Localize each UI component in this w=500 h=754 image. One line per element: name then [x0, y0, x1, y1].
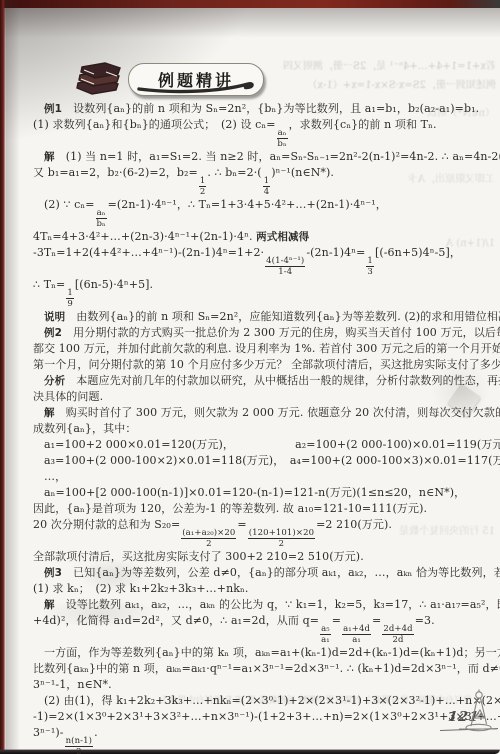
text-run: 购买时首付了 300 万元，则欠款为 2 000 万元. 依题意分 20 次付清…: [55, 406, 500, 419]
text-run: =: [237, 518, 246, 531]
bleedthrough-text: 例述知到一册，2S=x·S×x-1=x+（1-x）: [228, 76, 496, 91]
text-line: 解 (1) 当 n=1 时，a₁=S₁=2. 当 n≥2 时，aₙ=Sₙ-Sₙ₋…: [33, 149, 495, 165]
text-run: 比数列{aₖₙ}中的第 n 项，aₖₙ=aₖ₁·qⁿ⁻¹=a₁×3ⁿ⁻¹=2d×…: [33, 662, 500, 675]
text-run: 用分期付款的方式购买一批总价为 2 300 万元的住房，购买当天首付 100 万…: [62, 326, 500, 339]
text-run: 3ⁿ⁻¹-1，n∈N*.: [33, 678, 112, 691]
text-run: 20 次分期付款的总和为 S₂₀=: [33, 518, 180, 531]
fraction: a₁+4da₁: [342, 624, 371, 645]
bold-label: 说明: [44, 311, 65, 323]
text-run: 第一个月，问分期付款的第 10 个月应付多少万元？ 全部款项付清后，买这批房实际…: [33, 358, 500, 371]
text-run: 本题应先对前几年的付款加以研究，从中概括出一般的规律，分析付款数列的性态，再据此…: [65, 374, 500, 387]
text-run: (1) 当 n=1 时，a₁=S₁=2. 当 n≥2 时，aₙ=Sₙ-Sₙ₋₁=…: [55, 150, 500, 163]
text-run: 3ⁿ⁻¹)-: [33, 726, 64, 739]
text-run: a₁=100+2 000×0.01=120(万元)， a₂=100+(2 000…: [44, 438, 500, 451]
text-run: (2) 由(1)，得 k₁+2k₂+3k₃+…+nkₙ=(2×3⁰-1)+2×(…: [44, 694, 500, 707]
fraction: 13: [366, 256, 374, 277]
text-line: (2) 由(1)，得 k₁+2k₂+3k₃+…+nkₙ=(2×3⁰-1)+2×(…: [33, 693, 495, 709]
text-line: a₁=100+2 000×0.01=120(万元)， a₂=100+(2 000…: [33, 437, 495, 453]
text-run: aₙ=100+[2 000-100(n-1)]×0.01=120-(n-1)=1…: [44, 486, 465, 499]
text-line: 分析 本题应先对前几年的付款加以研究，从中概括出一般的规律，分析付款数列的性态，…: [33, 373, 495, 389]
books-icon: [72, 57, 124, 97]
text-line: 都交 100 万元，并加付此前欠款的利息. 设月利率为 1%. 若首付 300 …: [33, 341, 495, 357]
drafting-compass-icon: [458, 688, 498, 736]
text-run: …，: [44, 470, 66, 483]
text-run: (1) 求数列{aₙ}和{bₙ}的通项公式； (2) 设 cₙ=: [33, 118, 276, 131]
fraction: (a₁+a₂₀)×202: [181, 528, 236, 549]
section-title: 例题精讲: [158, 68, 234, 91]
bold-label: 例1: [44, 103, 62, 115]
text-line: 3ⁿ⁻¹)-n(n-1)2.: [33, 725, 495, 754]
text-run: 4Tₙ=4+3·4²+…+(2n-3)·4ⁿ⁻¹+(2n-1)·4ⁿ.: [33, 230, 256, 243]
text-run: 又 b₁=a₁=2，b₂·(6-2)=2，b₂=: [33, 166, 198, 179]
fraction: 14: [263, 176, 271, 197]
text-line: 一方面，作为等差数列{aₙ}中的第 kₙ 项，aₖₙ=a₁+(kₙ-1)d=2d…: [33, 645, 495, 661]
text-run: ，求数列{cₙ}的前 n 项和 Tₙ.: [289, 118, 437, 131]
text-run: .: [94, 726, 98, 739]
text-line: 例3 已知{aₙ}为等差数列，公差 d≠0，{aₙ}的部分项 aₖ₁，aₖ₂，……: [33, 565, 495, 581]
text-line: (1) 求数列{aₙ}和{bₙ}的通项公式； (2) 设 cₙ=aₙbₙ，求数列…: [33, 117, 495, 149]
text-run: (1) 求 kₙ； (2) 求 k₁+2k₂+3k₃+…+nkₙ.: [33, 582, 248, 595]
text-run: [(-6n+5)4ⁿ-5]，: [375, 246, 461, 259]
section-banner: 例题精讲: [128, 63, 264, 96]
text-line: (2) ∵ cₙ=aₙbₙ=(2n-1)·4ⁿ⁻¹，∴ Tₙ=1+3·4+5·4…: [33, 197, 495, 229]
text-line: 4Tₙ=4+3·4²+…+(2n-3)·4ⁿ⁻¹+(2n-1)·4ⁿ. 两式相减…: [33, 229, 495, 245]
text-run: 决具体的问题.: [33, 390, 103, 403]
text-run: =: [332, 614, 341, 627]
text-line: 例2 用分期付款的方式购买一批总价为 2 300 万元的住房，购买当天首付 10…: [33, 325, 495, 341]
text-line: …，: [33, 469, 495, 485]
text-run: -(2n-1)4ⁿ=: [306, 246, 365, 259]
fraction: aₙbₙ: [277, 128, 288, 149]
text-run: 一方面，作为等差数列{aₙ}中的第 kₙ 项，aₖₙ=a₁+(kₙ-1)d=2d…: [44, 646, 500, 659]
text-run: (2) ∵ cₙ=: [44, 198, 95, 211]
bold-label: 分析: [44, 375, 65, 387]
text-run: 由数列{aₙ}的前 n 项和 Sₙ=2n²，应能知道数列{aₙ}为等差数列. (…: [65, 310, 500, 323]
text-line: 决具体的问题.: [33, 389, 495, 405]
bold-label: 例3: [44, 567, 62, 579]
text-run: 设等比数列 aₖ₁，aₖ₂，…，aₖₙ 的公比为 q，∵ k₁=1，k₂=5，k…: [55, 598, 500, 611]
fraction: aₙbₙ: [96, 208, 107, 229]
text-run: 成数列{aₙ}，其中：: [33, 422, 136, 435]
text-run: +4d)²，化简得 a₁d=2d²，又 d≠0，∴ a₁=2d，从而 q=: [33, 614, 319, 627]
text-run: 因此，{aₙ}是首项为 120，公差为-1 的等差数列. 故 a₁₀=121-1…: [33, 502, 427, 515]
bold-label: 例2: [44, 327, 62, 339]
fraction: 4(1-4ⁿ⁻¹)1-4: [265, 256, 305, 277]
text-line: 因此，{aₙ}是首项为 120，公差为-1 的等差数列. 故 a₁₀=121-1…: [33, 501, 495, 517]
text-run: 都交 100 万元，并加付此前欠款的利息. 设月利率为 1%. 若首付 300 …: [33, 342, 500, 355]
fraction: a₅a₁: [320, 624, 331, 645]
text-line: aₙ=100+[2 000-100(n-1)]×0.01=120-(n-1)=1…: [33, 485, 495, 501]
text-run: -3Tₙ=1+2(4+4²+…+4ⁿ⁻¹)-(2n-1)4ⁿ=1+2·: [33, 246, 264, 259]
text-run: )ⁿ⁻¹(n∈N*).: [271, 166, 334, 179]
text-line: -1)=2×(1×3⁰+2×3¹+3×3²+…+n×3ⁿ⁻¹)-(1+2+3+……: [33, 709, 495, 725]
fraction: n(n-1)2: [65, 736, 93, 754]
fraction: (120+101)×202: [248, 528, 315, 549]
content: 例1 设数列{aₙ}的前 n 项和为 Sₙ=2n²，{bₙ}为等比数列，且 a₁…: [33, 101, 495, 754]
text-run: a₃=100+(2 000-100×2)×0.01=118(万元)， a₄=10…: [44, 454, 500, 467]
text-run: ∴ Tₙ=: [33, 278, 65, 291]
text-line: (1) 求 kₙ； (2) 求 k₁+2k₂+3k₃+…+nkₙ.: [33, 581, 495, 597]
text-line: a₃=100+(2 000-100×2)×0.01=118(万元)， a₄=10…: [33, 453, 495, 469]
scan-top-shadow: [0, 8, 500, 38]
text-line: 例1 设数列{aₙ}的前 n 项和为 Sₙ=2n²，{bₙ}为等比数列，且 a₁…: [33, 101, 495, 117]
text-line: 又 b₁=a₁=2，b₂·(6-2)=2，b₂=12. ∴ bₙ=2·(14)ⁿ…: [33, 165, 495, 197]
fraction: 2d+4d2d: [382, 624, 413, 645]
text-line: ∴ Tₙ=19[(6n-5)·4ⁿ+5].: [33, 277, 495, 309]
text-line: +4d)²，化简得 a₁d=2d²，又 d≠0，∴ a₁=2d，从而 q=a₅a…: [33, 613, 495, 645]
text-run: 设数列{aₙ}的前 n 项和为 Sₙ=2n²，{bₙ}为等比数列，且 a₁=b₁…: [62, 102, 479, 115]
text-run: =: [372, 614, 381, 627]
text-line: 说明 由数列{aₙ}的前 n 项和 Sₙ=2n²，应能知道数列{aₙ}为等差数列…: [33, 309, 495, 325]
text-run: . ∴ bₙ=2·(: [207, 166, 261, 179]
text-run: -1)=2×(1×3⁰+2×3¹+3×3²+…+n×3ⁿ⁻¹)-(1+2+3+……: [33, 710, 500, 723]
text-line: 成数列{aₙ}，其中：: [33, 421, 495, 437]
text-line: 3ⁿ⁻¹-1，n∈N*.: [33, 677, 495, 693]
text-run: 已知{aₙ}为等差数列，公差 d≠0，{aₙ}的部分项 aₖ₁，aₖ₂，…，aₖ…: [62, 566, 500, 579]
text-line: 20 次分期付款的总和为 S₂₀=(a₁+a₂₀)×202=(120+101)×…: [33, 517, 495, 549]
text-run: =3.: [415, 614, 435, 627]
bleedthrough-text: 若x+1=1+4+…+4ⁿ⁻¹ 是，2S一册，测则又四: [246, 57, 496, 72]
page-edge-top: [0, 0, 500, 8]
bold-label: 解: [44, 407, 55, 419]
text-run: =(2n-1)·4ⁿ⁻¹，∴ Tₙ=1+3·4+5·4²+…+(2n-1)·4ⁿ…: [108, 198, 387, 211]
text-line: 比数列{aₖₙ}中的第 n 项，aₖₙ=aₖ₁·qⁿ⁻¹=a₁×3ⁿ⁻¹=2d×…: [33, 661, 495, 677]
bold-label: 解: [44, 599, 55, 611]
text-run: 全部款项付清后，买这批房实际支付了 300+2 210=2 510(万元).: [33, 550, 364, 563]
bold-label: 两式相减得: [256, 231, 309, 243]
text-line: 全部款项付清后，买这批房实际支付了 300+2 210=2 510(万元).: [33, 549, 495, 565]
text-run: [(6n-5)·4ⁿ+5].: [75, 278, 153, 291]
scan-left-shadow: [6, 0, 20, 754]
text-line: 第一个月，问分期付款的第 10 个月应付多少万元？ 全部款项付清后，买这批房实际…: [33, 357, 495, 373]
text-line: -3Tₙ=1+2(4+4²+…+4ⁿ⁻¹)-(2n-1)4ⁿ=1+2·4(1-4…: [33, 245, 495, 277]
fraction: 12: [199, 176, 207, 197]
text-line: 解 设等比数列 aₖ₁，aₖ₂，…，aₖₙ 的公比为 q，∵ k₁=1，k₂=5…: [33, 597, 495, 613]
fraction: 19: [66, 288, 74, 309]
text-run: =2 210(万元).: [316, 518, 392, 531]
text-line: 解 购买时首付了 300 万元，则欠款为 2 000 万元. 依题意分 20 次…: [33, 405, 495, 421]
scanned-textbook-page: 若x+1=1+4+…+4ⁿ⁻¹ 是，2S一册，测则又四 例述知到一册，2S=x·…: [0, 0, 500, 754]
bold-label: 解: [44, 151, 55, 163]
